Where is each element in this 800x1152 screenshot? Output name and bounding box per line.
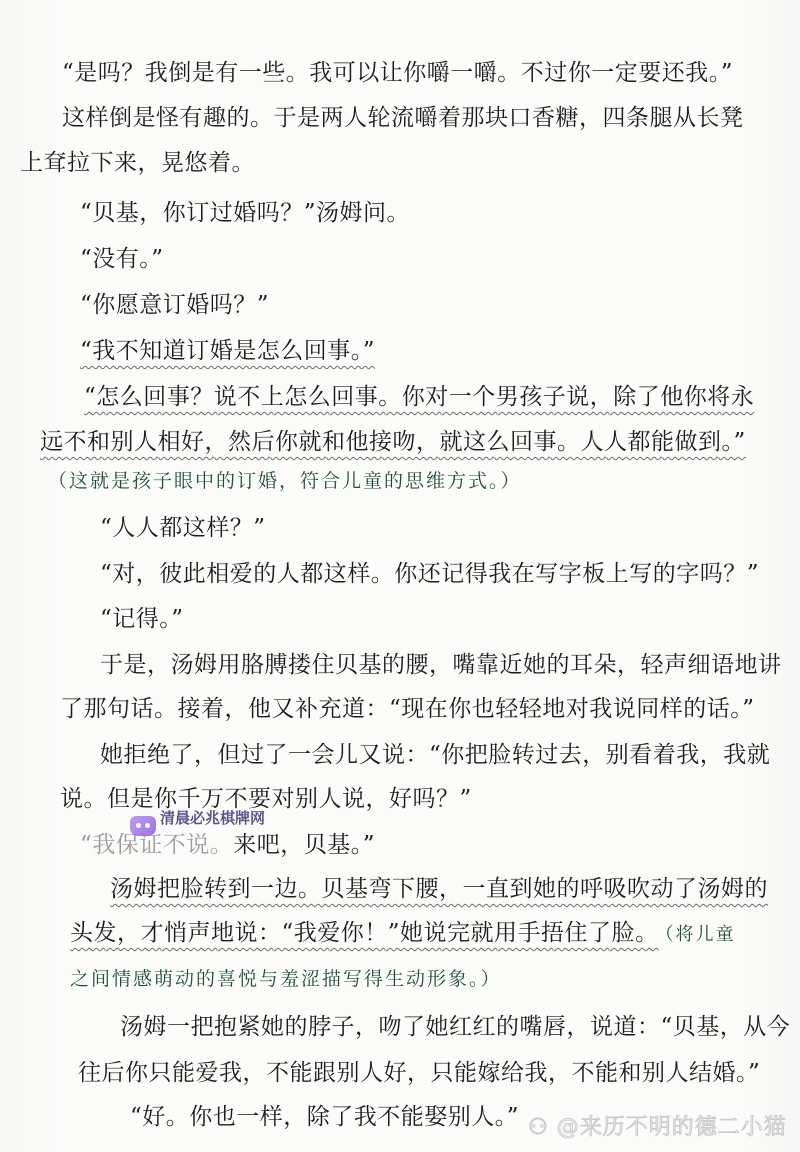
annotation-note-end: 之间情感萌动的喜悦与羞涩描写得生动形象。） [70, 966, 502, 992]
text-line: “是吗？我倒是有一些。我可以让你嚼一嚼。不过你一定要还我。” [62, 58, 733, 88]
underlined-line: “我不知道订婚是怎么回事。” [80, 336, 375, 366]
underlined-span: 头发，才悄声地说：“我爱你！”她说完就用手捂住了脸。 [70, 920, 659, 946]
text-line: “记得。” [100, 604, 184, 634]
text-line: “没有。” [80, 244, 164, 274]
annotation-note-start: （将儿童 [665, 924, 736, 945]
text-line: 上耷拉下来，晃悠着。 [20, 148, 255, 178]
text-line: “人人都这样？” [100, 513, 266, 543]
site-watermark: 清晨必兆棋牌网 [130, 807, 265, 828]
text-line: “对，彼此相爱的人都这样。你还记得我在写字板上写的字吗？” [100, 559, 759, 589]
site-watermark-text: 清晨必兆棋牌网 [160, 807, 265, 828]
text-line: 说。但是你千万不要对别人说，好吗？” [60, 784, 472, 814]
faded-text: “我保证不说。 [80, 832, 233, 858]
text-line: “我保证不说。来吧，贝基。” [80, 830, 375, 860]
text-span: 来吧，贝基。” [233, 832, 375, 858]
annotation-note: （这就是孩子眼中的订婚，符合儿童的思维方式。） [48, 468, 522, 494]
text-line: 这样倒是怪有趣的。于是两人轮流嚼着那块口香糖，四条腿从长凳 [62, 103, 744, 133]
text-line: “贝基，你订过婚吗？”汤姆问。 [80, 198, 410, 228]
underlined-line: 远不和别人相好，然后你就和他接吻，就这么回事。人人都能做到。” [40, 427, 746, 457]
text-line: 于是，汤姆用胳膊搂住贝基的腰，嘴靠近她的耳朵，轻声细语地讲 [100, 650, 782, 680]
text-line: 头发，才悄声地说：“我爱你！”她说完就用手捂住了脸。（将儿童 [70, 918, 736, 948]
text-line: 汤姆一把抱紧她的脖子，吻了她红红的嘴唇，说道：“贝基，从今 [120, 1012, 790, 1042]
underlined-line: “怎么回事？说不上怎么回事。你对一个男孩子说，除了他你将永 [84, 382, 754, 412]
site-logo-icon [130, 816, 156, 836]
underlined-line: 汤姆把脸转到一边。贝基弯下腰，一直到她的呼吸吹动了汤姆的 [110, 874, 768, 904]
text-line: 她拒绝了，但过了一会儿又说：“你把脸转过去，别看着我，我就 [100, 740, 770, 770]
text-line: “你愿意订婚吗？” [80, 290, 269, 320]
author-watermark: ⚇ @来历不明的德二小猫 [528, 1110, 787, 1141]
text-line: 了那句话。接着，他又补充道：“现在你也轻轻地对我说同样的话。” [60, 694, 755, 724]
text-line: 往后你只能爱我，不能跟别人好，只能嫁给我，不能和别人结婚。” [78, 1058, 760, 1088]
text-line: “好。你也一样，除了我不能娶别人。” [130, 1102, 519, 1132]
